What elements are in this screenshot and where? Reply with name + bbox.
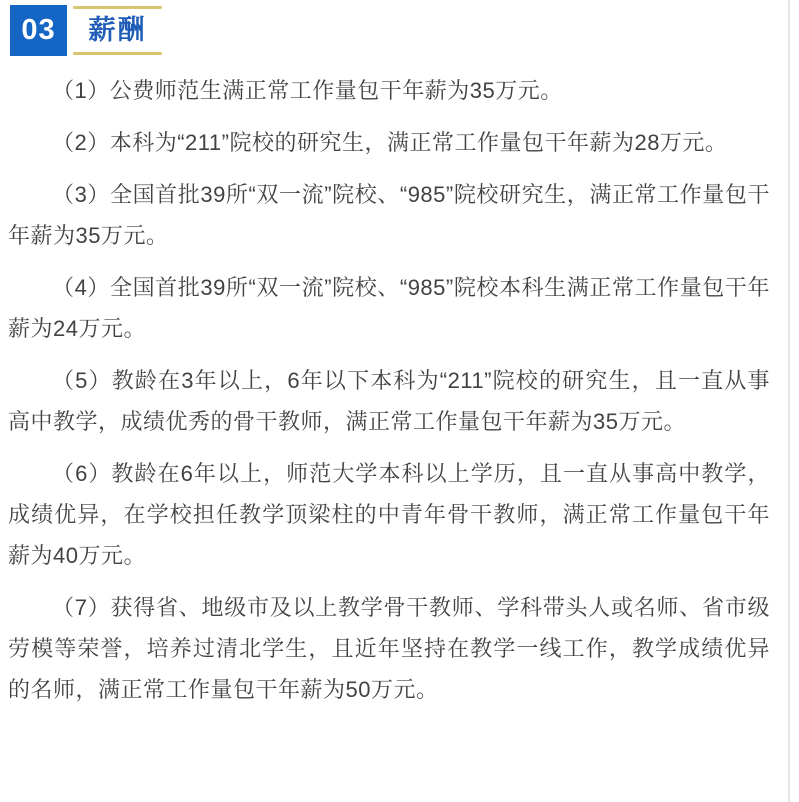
section-header: 03 薪酬 [10, 5, 162, 56]
gold-rule-top [73, 6, 162, 9]
section-number-badge: 03 [10, 5, 67, 56]
paragraph-item-3: （3）全国首批39所“双一流”院校、“985”院校研究生，满正常工作量包干年薪为… [8, 174, 770, 256]
gold-rule-bottom [73, 52, 162, 55]
section-title: 薪酬 [89, 17, 147, 44]
paragraph-item-2: （2）本科为“211”院校的研究生，满正常工作量包干年薪为28万元。 [8, 122, 770, 163]
salary-terms-list: （1）公费师范生满正常工作量包干年薪为35万元。 （2）本科为“211”院校的研… [8, 70, 770, 721]
paragraph-item-5: （5）教龄在3年以上，6年以下本科为“211”院校的研究生，且一直从事高中教学，… [8, 360, 770, 442]
paragraph-item-7: （7）获得省、地级市及以上教学骨干教师、学科带头人或名师、省市级劳模等荣誉，培养… [8, 587, 770, 710]
document-page: 03 薪酬 （1）公费师范生满正常工作量包干年薪为35万元。 （2）本科为“21… [0, 0, 799, 802]
section-title-block: 薪酬 [73, 5, 162, 56]
paragraph-item-1: （1）公费师范生满正常工作量包干年薪为35万元。 [8, 70, 770, 111]
paragraph-item-4: （4）全国首批39所“双一流”院校、“985”院校本科生满正常工作量包干年薪为2… [8, 267, 770, 349]
paragraph-item-6: （6）教龄在6年以上，师范大学本科以上学历，且一直从事高中教学，成绩优异，在学校… [8, 453, 770, 576]
page-right-border [788, 0, 790, 802]
